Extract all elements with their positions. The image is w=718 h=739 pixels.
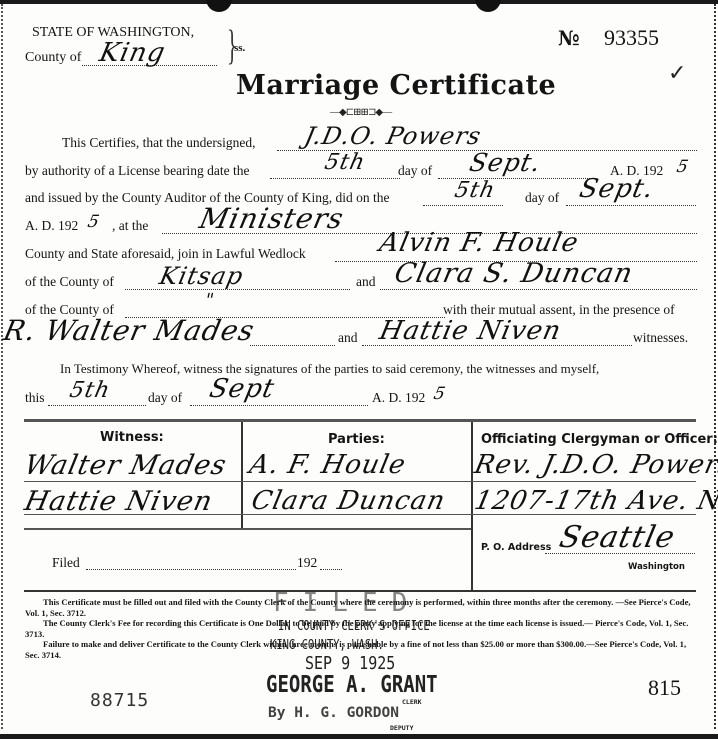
- ceremony-ad: A. D. 192: [25, 218, 78, 234]
- scan-top-edge: [0, 0, 718, 4]
- witness2-name: Hattie Niven: [377, 316, 564, 346]
- footer-right-number: 815: [648, 675, 681, 701]
- parties-header: Parties:: [328, 432, 385, 447]
- page-title: Marriage Certificate: [236, 70, 556, 101]
- county-label: County of: [25, 50, 81, 66]
- witness1-name: R. Walter Mades: [0, 314, 257, 347]
- groom-county-label: of the County of: [25, 274, 114, 290]
- license-dayof: day of: [398, 163, 432, 179]
- testimony-month-line: [190, 405, 368, 406]
- stamp-clerk-name: GEORGE A. GRANT: [266, 672, 438, 698]
- table-top-rule: [24, 419, 696, 422]
- witness1-line: [250, 345, 335, 346]
- certifies-text: This Certifies, that the undersigned,: [62, 135, 255, 151]
- stamp-county: KING COUNTY, WASH.: [270, 638, 384, 653]
- testimony-day: 5th: [67, 378, 112, 403]
- wedlock-text: County and State aforesaid, join in Lawf…: [25, 246, 306, 262]
- binder-hole-right: [475, 0, 501, 12]
- party-signature-2: Clara Duncan: [249, 486, 448, 516]
- officer-signature: Rev. J.D.O. Powers: [472, 450, 718, 480]
- testimony-ad: A. D. 192: [372, 390, 425, 406]
- stamp-filed-word: FILED: [273, 588, 421, 618]
- signature-row-rule-1: [24, 481, 696, 482]
- bride-county: ": [203, 290, 217, 311]
- filed-date-line: [86, 569, 296, 570]
- check-mark: ✓: [668, 60, 686, 86]
- po-address-label: P. O. Address: [481, 542, 551, 553]
- bride-line: [380, 289, 697, 290]
- license-day: 5th: [322, 150, 367, 175]
- ss-label: ss.: [234, 42, 245, 54]
- officer-address: 1207-17th Ave. No: [472, 486, 718, 516]
- ceremony-dayof: day of: [525, 190, 559, 206]
- this-label: this: [25, 390, 45, 406]
- witness-header: Witness:: [100, 430, 164, 445]
- perforation-left: [1, 4, 3, 729]
- marriage-certificate-page: STATE OF WASHINGTON, County of King } ss…: [0, 0, 718, 739]
- po-address-value: Seattle: [556, 520, 678, 555]
- col-divider-2: [471, 422, 473, 592]
- perforation-right: [714, 4, 716, 729]
- ceremony-place: Ministers: [196, 202, 347, 235]
- certificate-number: 93355: [604, 25, 659, 51]
- stamp-deputy: By H. G. GORDON: [268, 705, 399, 721]
- number-label: №: [558, 26, 580, 50]
- ceremony-year-digit: 5: [86, 212, 102, 232]
- testimony-year-digit: 5: [432, 384, 448, 404]
- at-the-text: , at the: [112, 218, 148, 234]
- testimony-text: In Testimony Whereof, witness the signat…: [60, 361, 599, 377]
- license-day-line: [270, 178, 400, 179]
- stamp-office: IN COUNTY CLERK'S OFFICE: [278, 619, 430, 634]
- witness-signature-1: Walter Mades: [22, 450, 230, 481]
- title-ornament: —◆⊏⊞⊞⊐◆—: [330, 107, 391, 118]
- and-text-1: and: [356, 274, 376, 290]
- officiant-name: J.D.O. Powers: [302, 122, 484, 150]
- officer-header: Officiating Clergyman or Officer:: [481, 432, 718, 447]
- license-text: by authority of a License bearing date t…: [25, 163, 250, 179]
- state-washington: Washington: [628, 562, 685, 572]
- ceremony-day-line: [423, 205, 503, 206]
- testimony-day-line: [48, 405, 146, 406]
- filed-year-line: [320, 569, 342, 570]
- testimony-dayof: day of: [148, 390, 182, 406]
- filed-year-prefix: 192: [297, 555, 317, 571]
- groom-name: Alvin F. Houle: [377, 228, 582, 258]
- stamp-deputy-title: DEPUTY: [390, 724, 413, 732]
- bride-name: Clara S. Duncan: [392, 258, 636, 289]
- testimony-month: Sept: [207, 374, 278, 404]
- groom-county: Kitsap: [157, 262, 246, 290]
- witness-signature-2: Hattie Niven: [22, 486, 216, 517]
- and-text-2: and: [338, 330, 358, 346]
- county-value: King: [97, 38, 169, 68]
- stamp-date: SEP 9 1925: [305, 652, 395, 674]
- footer-left-number: 88715: [90, 690, 149, 711]
- ceremony-day: 5th: [452, 178, 497, 203]
- signature-row-rule-2: [24, 514, 696, 515]
- stamp-clerk-title: CLERK: [402, 698, 422, 706]
- ceremony-month: Sept.: [577, 174, 657, 204]
- filed-label: Filed: [52, 555, 80, 571]
- binder-hole-left: [206, 0, 232, 12]
- party-signature-1: A. F. Houle: [247, 450, 409, 480]
- license-month: Sept.: [467, 148, 544, 177]
- witnesses-text: witnesses.: [633, 330, 688, 346]
- filed-top-rule: [24, 528, 471, 530]
- ceremony-month-line: [566, 205, 696, 206]
- license-year-digit: 5: [675, 157, 691, 177]
- scan-bottom-edge: [0, 734, 718, 739]
